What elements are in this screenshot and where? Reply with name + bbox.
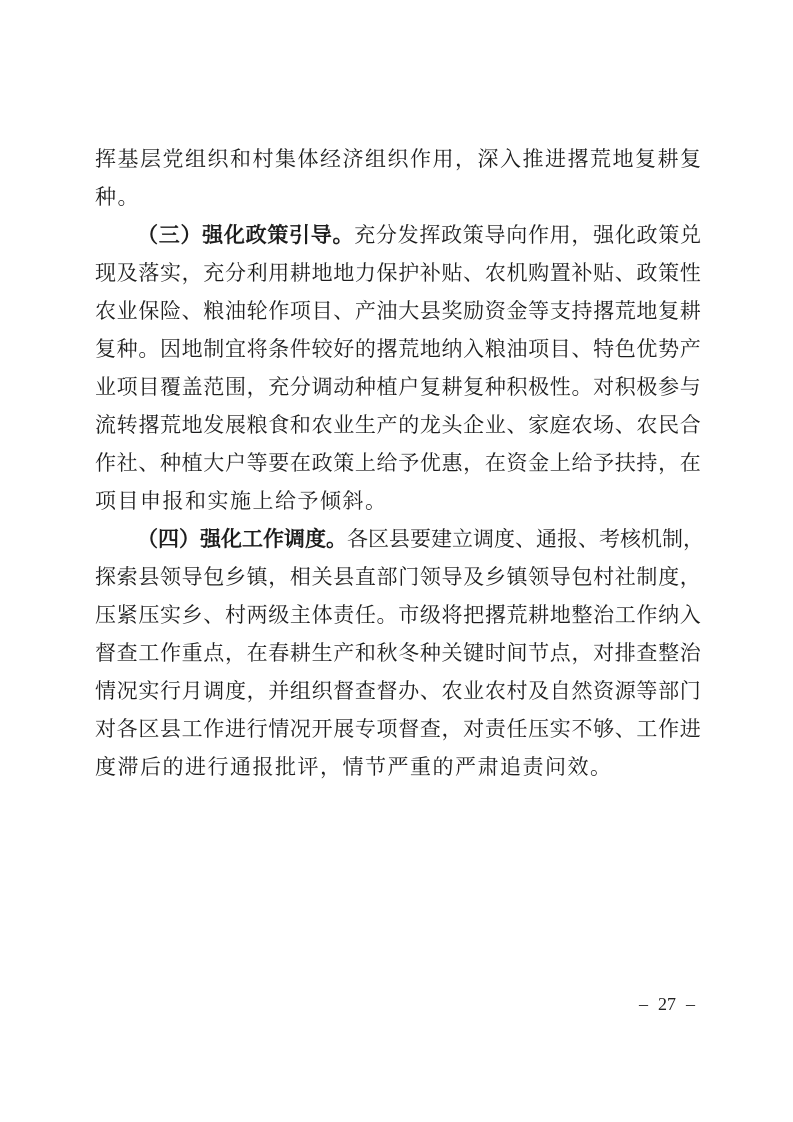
body-char: 资 [593,672,614,710]
body-char: 办 [398,672,419,710]
body-char: 极 [528,368,549,406]
body-char: 购 [528,254,549,292]
body-char: 流 [95,406,116,444]
body-char: 贴 [593,254,614,292]
body-char: 地 [312,254,333,292]
body-char: 产 [680,330,701,368]
body-char: 地 [182,406,203,444]
body-char: ， [463,444,484,482]
body-char: 项 [290,292,311,330]
body-char: 资 [506,444,527,482]
body-char: 将 [247,330,268,368]
body-char: 导 [182,558,203,596]
body-char: 体 [312,596,333,634]
body-char: 导 [485,216,506,254]
body-char: 予 [593,444,614,482]
body-char: 置 [550,254,571,292]
body-char: 农 [485,254,506,292]
body-char: 护 [398,254,419,292]
heading-char: 强 [202,216,223,254]
page-number: 27 [658,994,676,1014]
body-char: 充 [354,216,375,254]
body-char: 制 [203,330,224,368]
body-char: 兑 [680,216,701,254]
body-char: 的 [398,406,419,444]
body-char: 种 [117,330,138,368]
body-char: 利 [247,254,268,292]
body-char: 不 [571,710,592,748]
body-char: 查 [636,634,657,672]
body-char: 色 [615,330,636,368]
body-char: 镇 [506,558,527,596]
body-char: 领 [420,558,441,596]
body-char: 督 [398,710,419,748]
body-char: 在 [680,444,701,482]
body-char: 策 [463,216,484,254]
body-char: 查 [117,634,138,672]
body-char: 探 [95,558,116,596]
body-char: 村 [225,596,246,634]
body-char: 区 [138,710,159,748]
body-char: 层 [140,140,161,178]
heading-char: 政 [246,216,267,254]
body-char: 行 [247,710,268,748]
text-line: 复种。因地制宜将条件较好的撂荒地纳入粮油项目、特色优势产 [95,330,701,368]
body-char: 及 [528,672,549,710]
body-char: 调 [312,368,333,406]
body-char: 进 [545,140,566,178]
body-char: 特 [593,330,614,368]
body-char: 目 [138,368,159,406]
body-char: 政 [636,254,657,292]
heading-char: 三 [159,216,180,254]
body-char: 策 [658,254,679,292]
body-char: 参 [658,368,679,406]
body-char: 撂 [377,330,398,368]
body-char: 予 [398,444,419,482]
body-char: 复 [463,368,484,406]
body-char: 点 [203,634,224,672]
body-char: 资 [485,292,506,330]
body-char: 作 [410,140,431,178]
body-char: 机 [506,254,527,292]
body-char: 。 [571,368,592,406]
body-char: 挥 [419,216,440,254]
body-char: 件 [290,330,311,368]
body-char: 产 [355,292,376,330]
body-char: 惠 [442,444,463,482]
body-char: 实 [138,672,159,710]
body-char: 油 [377,292,398,330]
body-char: 党 [163,140,184,178]
body-char: 种 [420,634,441,672]
heading-char: 度 [305,520,326,558]
body-char: 压 [95,596,116,634]
heading-char: （ [137,216,158,254]
body-char: 耕 [680,292,701,330]
body-char: 金 [528,444,549,482]
body-char: 贴 [442,254,463,292]
body-char: 用 [268,254,289,292]
body-char: 、 [182,292,203,330]
body-char: 补 [420,254,441,292]
body-char: 积 [506,368,527,406]
body-char: 好 [333,330,354,368]
body-char: ， [182,254,203,292]
page-number-dash-right: – [686,994,695,1014]
body-char: 扶 [615,444,636,482]
body-char: ， [571,216,592,254]
body-char: 大 [203,444,224,482]
body-char: 上 [550,444,571,482]
body-char: 性 [680,254,701,292]
body-char: 户 [225,444,246,482]
body-char: 目 [312,292,333,330]
body-char: ， [442,710,463,748]
text-line: 度滞后的进行通报批评，情节严重的严肃追责问效。 [95,748,701,786]
body-char: 查 [420,710,441,748]
body-char: 补 [571,254,592,292]
body-char: 合 [680,406,701,444]
body-char: 上 [355,444,376,482]
body-char: 进 [680,710,701,748]
body-char: 地 [333,254,354,292]
heading-char: （ [137,520,158,558]
body-char: 市 [398,596,419,634]
body-char: 粮 [247,406,268,444]
body-char: 、 [203,596,224,634]
text-line: 探索县领导包乡镇，相关县直部门领导及乡镇领导包村社制度， [95,558,701,596]
body-char: 复 [95,330,116,368]
body-char: 督 [95,634,116,672]
body-char: 、 [463,254,484,292]
body-char: 织 [388,140,409,178]
body-char: 力 [355,254,376,292]
body-char: 各 [347,520,368,558]
body-char: 时 [485,634,506,672]
body-char: 农 [442,672,463,710]
body-char: 策 [658,216,679,254]
text-line: （三）强化政策引导。充分发挥政策导向作用，强化政策兑 [95,216,701,254]
body-char: 政 [637,216,658,254]
body-char: 产 [333,634,354,672]
body-segment: 度滞后的进行通报批评，情节严重的严肃追责问效。 [95,755,613,779]
body-char: 建 [431,520,452,558]
body-char: 植 [377,368,398,406]
body-char: 与 [680,368,701,406]
body-char: 覆 [160,368,181,406]
body-char: 制 [662,520,683,558]
body-char: 业 [485,406,506,444]
body-char: 的 [355,330,376,368]
document-body: 挥基层党组织和村集体经济组织作用，深入推进撂荒地复耕复种。（三）强化政策引导。充… [95,140,701,786]
body-char: 度 [225,672,246,710]
body-char: 部 [377,558,398,596]
body-char: 源 [615,672,636,710]
body-char: 入 [680,596,701,634]
body-char: 落 [138,254,159,292]
body-char: 入 [463,330,484,368]
body-char: 宜 [225,330,246,368]
body-char: ， [571,634,592,672]
body-char: 条 [268,330,289,368]
body-char: 种 [485,368,506,406]
body-char: 复 [680,140,701,178]
body-char: 作 [528,216,549,254]
body-char: 种 [160,444,181,482]
body-char: 门 [398,558,419,596]
heading-char: 策 [267,216,288,254]
body-char: 政 [312,444,333,482]
body-char: 项 [528,330,549,368]
body-char: 油 [506,330,527,368]
body-char: 势 [658,330,679,368]
body-char: 政 [441,216,462,254]
body-char: 社 [117,444,138,482]
body-char: 组 [290,672,311,710]
body-char: 作 [268,292,289,330]
body-char: 荒 [615,292,636,330]
body-char: 纳 [442,330,463,368]
body-char: 县 [333,558,354,596]
body-char: 领 [160,558,181,596]
heading-char: 。 [332,216,353,254]
body-char: 食 [268,406,289,444]
body-char: 地 [636,292,657,330]
body-char: ， [225,634,246,672]
text-line: 对各区县工作进行情况开展专项督查，对责任压实不够、工作进 [95,710,701,748]
body-char: 立 [452,520,473,558]
body-char: 化 [615,216,636,254]
body-char: 转 [117,406,138,444]
body-char: 入 [500,140,521,178]
body-char: 强 [593,216,614,254]
body-char: 作 [95,444,116,482]
body-char: 业 [95,368,116,406]
heading-char: ） [179,520,200,558]
body-char: 、 [578,520,599,558]
body-char: 险 [160,292,181,330]
body-char: 围 [225,368,246,406]
body-char: 推 [523,140,544,178]
body-char: 优 [636,330,657,368]
body-char: 组 [185,140,206,178]
body-char: 经 [320,140,341,178]
body-char: 调 [203,672,224,710]
body-char: 度 [494,520,515,558]
body-char: 生 [312,634,333,672]
body-char: ， [455,140,476,178]
body-char: 种 [355,368,376,406]
body-char: 况 [290,710,311,748]
body-char: 业 [117,292,138,330]
body-char: 体 [298,140,319,178]
body-char: 组 [365,140,386,178]
text-line: 情况实行月调度，并组织督查督办、农业农村及自然资源等部门 [95,672,701,710]
body-char: 持 [636,444,657,482]
body-char: 、 [615,254,636,292]
heading-char: 化 [224,216,245,254]
body-char: 乡 [485,558,506,596]
text-line: 压紧压实乡、村两级主体责任。市级将把撂荒耕地整治工作纳入 [95,596,701,634]
body-char: 、 [615,406,636,444]
heading-char: 调 [284,520,305,558]
body-char: 庭 [550,406,571,444]
body-char: 动 [333,368,354,406]
body-char: 农 [571,406,592,444]
text-line: 业项目覆盖范围，充分调动种植户复耕复种积极性。对积极参与 [95,368,701,406]
body-char: 社 [615,558,636,596]
body-char: 关 [442,634,463,672]
body-char: 大 [398,292,419,330]
body-char: 农 [485,672,506,710]
body-char: 油 [225,292,246,330]
body-char: 县 [420,292,441,330]
body-char: 春 [268,634,289,672]
body-char: 实 [160,254,181,292]
body-char: 查 [355,672,376,710]
body-char: 农 [636,406,657,444]
page-number-dash-left: – [639,994,648,1014]
text-line: 作社、种植大户等要在政策上给予优惠，在资金上给予扶持，在 [95,444,701,482]
body-char: 轮 [247,292,268,330]
body-char: 织 [312,672,333,710]
body-char: 县 [389,520,410,558]
body-char: 撂 [485,596,506,634]
body-char: 保 [377,254,398,292]
body-char: 地 [182,330,203,368]
body-char: ， [268,558,289,596]
body-char: 农 [95,292,116,330]
body-char: 督 [377,672,398,710]
body-char: 及 [463,558,484,596]
body-char: 企 [463,406,484,444]
body-char: 实 [160,596,181,634]
body-char: 村 [593,558,614,596]
body-char: 、 [571,330,592,368]
body-char: 荒 [160,406,181,444]
body-char: 压 [528,710,549,748]
body-char: 性 [550,368,571,406]
body-char: 治 [680,634,701,672]
body-char: 耕 [658,140,679,178]
body-char: 专 [355,710,376,748]
body-char: 农 [312,406,333,444]
body-char: 级 [420,596,441,634]
body-char: 植 [182,444,203,482]
body-char: 撂 [593,292,614,330]
body-char: 用 [433,140,454,178]
body-char: 工 [182,710,203,748]
body-char: ， [658,444,679,482]
body-char: 开 [312,710,333,748]
body-char: 月 [182,672,203,710]
body-char: 门 [680,672,701,710]
body-char: 等 [636,672,657,710]
body-char: 在 [247,634,268,672]
body-char: 排 [615,634,636,672]
body-char: 荒 [506,596,527,634]
body-segment: 项目申报和实施上给予倾斜。 [95,489,388,513]
body-char: 民 [658,406,679,444]
body-char: 及 [117,254,138,292]
body-char: 够 [593,710,614,748]
body-char: 将 [442,596,463,634]
body-char: 地 [420,330,441,368]
body-char: 导 [442,558,463,596]
body-char: 对 [593,368,614,406]
body-char: 励 [463,292,484,330]
body-char: 村 [253,140,274,178]
body-char: 行 [160,672,181,710]
body-char: 等 [528,292,549,330]
body-char: 向 [506,216,527,254]
body-char: 业 [463,672,484,710]
body-char: 调 [473,520,494,558]
body-char: 责 [333,596,354,634]
body-char: 户 [398,368,419,406]
body-char: 作 [160,634,181,672]
body-char: 充 [203,254,224,292]
body-char: 家 [528,406,549,444]
body-char: 撂 [138,406,159,444]
body-char: 对 [95,710,116,748]
body-char: 发 [203,406,224,444]
body-char: 粮 [485,330,506,368]
heading-char: 作 [263,520,284,558]
body-char: 、 [420,672,441,710]
text-line: 种。 [95,178,701,216]
heading-char: 工 [242,520,263,558]
body-char: 分 [290,368,311,406]
body-char: 项 [377,710,398,748]
body-char: 和 [230,140,251,178]
text-line: 项目申报和实施上给予倾斜。 [95,482,701,520]
body-char: 展 [333,710,354,748]
heading-char: 强 [200,520,221,558]
body-char: 要 [268,444,289,482]
body-char: 相 [290,558,311,596]
body-char: 两 [247,596,268,634]
body-char: 业 [333,406,354,444]
text-line: 流转撂荒地发展粮食和农业生产的龙头企业、家庭农场、农民合 [95,406,701,444]
body-char: 间 [506,634,527,672]
body-char: 分 [225,254,246,292]
body-char: 、 [515,520,536,558]
body-char: 较 [312,330,333,368]
body-char: 地 [550,596,571,634]
body-char: 复 [420,368,441,406]
body-char: 生 [355,406,376,444]
document-page: 挥基层党组织和村集体经济组织作用，深入推进撂荒地复耕复种。（三）强化政策引导。充… [0,0,793,1122]
body-char: 在 [290,444,311,482]
body-char: 制 [636,558,657,596]
body-char: 用 [550,216,571,254]
body-char: 盖 [182,368,203,406]
body-char: 点 [550,634,571,672]
body-char: 要 [410,520,431,558]
body-char: 现 [95,254,116,292]
body-char: 策 [333,444,354,482]
body-char: 整 [658,634,679,672]
body-char: 地 [613,140,634,178]
body-char: ， [247,672,268,710]
body-char: 秋 [377,634,398,672]
body-char: 、 [506,406,527,444]
body-char: 对 [593,634,614,672]
body-char: 荒 [590,140,611,178]
body-char: 织 [208,140,229,178]
